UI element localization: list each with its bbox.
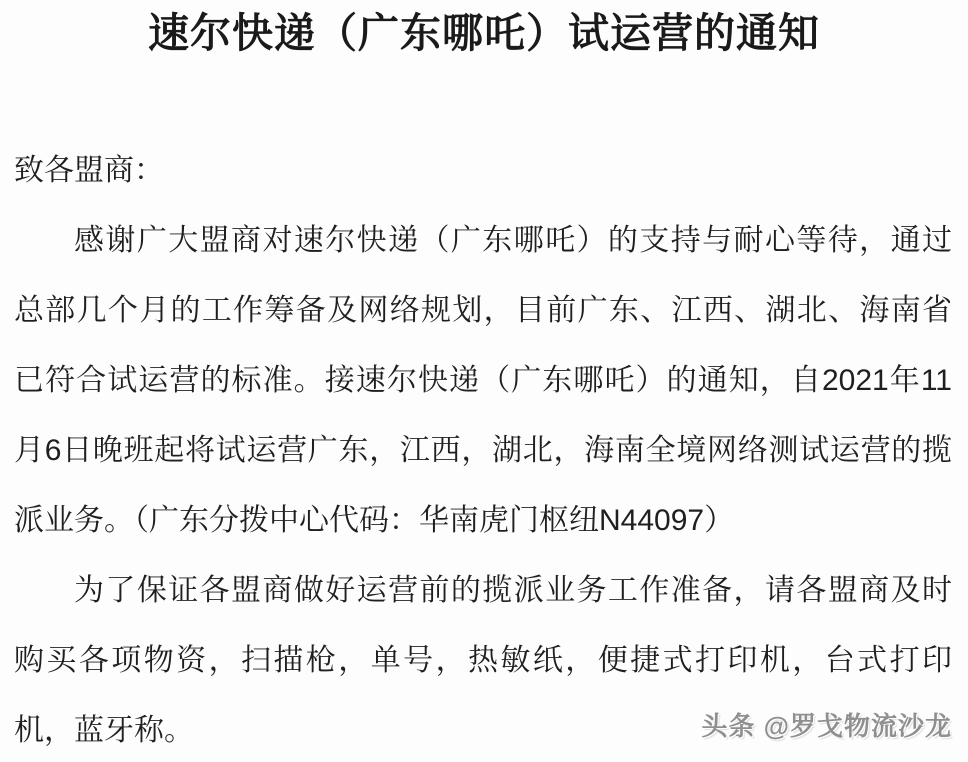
body-line-1: 感谢广大盟商对速尔快递（广东哪吒）的支持与耐心等待，通过: [14, 206, 952, 276]
body-line-4: 月6日晚班起将试运营广东，江西，湖北，海南全境网络测试运营的揽: [14, 416, 952, 486]
notice-document: 速尔快递（广东哪吒）试运营的通知 致各盟商： 感谢广大盟商对速尔快递（广东哪吒）…: [0, 0, 968, 762]
body-line-5: 派业务。（广东分拨中心代码：华南虎门枢纽N44097）: [14, 486, 952, 556]
document-title: 速尔快递（广东哪吒）试运营的通知: [0, 0, 968, 58]
body-line-7: 购买各项物资，扫描枪，单号，热敏纸，便捷式打印机，台式打印: [14, 626, 952, 696]
body-line-2: 总部几个月的工作筹备及网络规划，目前广东、江西、湖北、海南省: [14, 276, 952, 346]
toutiao-watermark: 头条 @罗戈物流沙龙: [701, 706, 952, 743]
salutation-line: 致各盟商：: [14, 136, 952, 206]
document-body: 致各盟商： 感谢广大盟商对速尔快递（广东哪吒）的支持与耐心等待，通过 总部几个月…: [0, 136, 968, 762]
body-line-3: 已符合试运营的标准。接速尔快递（广东哪吒）的通知，自2021年11: [14, 346, 952, 416]
body-line-6: 为了保证各盟商做好运营前的揽派业务工作准备，请各盟商及时: [14, 556, 952, 626]
